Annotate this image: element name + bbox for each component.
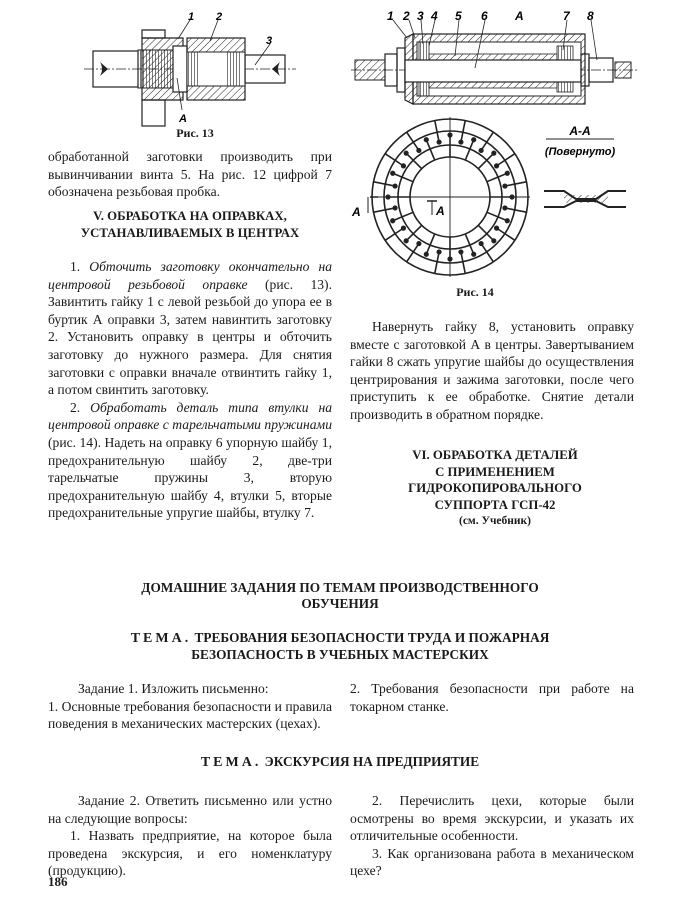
section-vi-line3: ГИДРОКОПИРОВАЛЬНОГО	[380, 480, 610, 497]
task-2-right: 2. Перечислить цехи, которые были осмотр…	[350, 792, 634, 880]
fig14-label-4: 4	[430, 9, 438, 23]
task-2-question-2: 2. Перечислить цехи, которые были осмотр…	[350, 792, 634, 845]
section-v-heading: V. ОБРАБОТКА НА ОПРАВКАХ, УСТАНАВЛИВАЕМЫ…	[48, 208, 332, 241]
figure-13-mandrel-drawing: 1 2 3 A	[80, 8, 300, 128]
figure-14-spring-washer-drawing: A A A-A (Повернуто)	[350, 115, 670, 290]
left-column: обработанной заготовки производить при в…	[48, 148, 332, 201]
figure-14-caption: Рис. 14	[440, 285, 510, 300]
topic-1-heading: ТЕМА. ТРЕБОВАНИЯ БЕЗОПАСНОСТИ ТРУДА И ПО…	[80, 630, 600, 663]
fig14-label-3: 3	[417, 9, 424, 23]
topic-1-title-line2: БЕЗОПАСНОСТЬ В УЧЕБНЫХ МАСТЕРСКИХ	[80, 647, 600, 663]
section-vi-line5: (см. Учебник)	[380, 513, 610, 530]
item-1-text: (рис. 13). Завинтить гайку 1 с левой рез…	[48, 277, 332, 398]
right-column: Навернуть гайку 8, установить оправку вм…	[350, 318, 634, 424]
fig14-cut-label-left: A	[351, 205, 361, 219]
intro-paragraph: обработанной заготовки производить при в…	[48, 148, 332, 201]
item-2-title: Обработать деталь типа втулки на центров…	[48, 400, 332, 433]
fig14-label-1: 1	[387, 9, 394, 23]
item-1-number: 1.	[70, 259, 80, 274]
section-v-heading-line1: V. ОБРАБОТКА НА ОПРАВКАХ,	[48, 208, 332, 225]
topic-2-prefix: ТЕМА.	[201, 755, 262, 770]
page-number: 186	[48, 874, 68, 890]
fig14-cut-label-right: A	[435, 204, 445, 218]
section-v-heading-line2: УСТАНАВЛИВАЕМЫХ В ЦЕНТРАХ	[48, 225, 332, 242]
figure-13-caption: Рис. 13	[150, 126, 240, 141]
item-2-number: 2.	[70, 400, 80, 415]
fig14-label-5: 5	[455, 9, 462, 23]
homework-title-line2: ОБУЧЕНИЯ	[80, 596, 600, 612]
section-note: (Повернуто)	[545, 146, 616, 158]
task-1-question-2: 2. Требования безопасности при работе на…	[350, 680, 634, 715]
task-1-right: 2. Требования безопасности при работе на…	[350, 680, 634, 715]
section-vi-line2: С ПРИМЕНЕНИЕМ	[380, 464, 610, 481]
fig13-label-a: A	[178, 113, 187, 125]
section-vi-line4: СУППОРТА ГСП-42	[380, 497, 610, 514]
topic-1-prefix: ТЕМА.	[131, 631, 192, 646]
section-vi-line1: VI. ОБРАБОТКА ДЕТАЛЕЙ	[380, 447, 610, 464]
fig14-label-2: 2	[402, 9, 410, 23]
right-paragraph: Навернуть гайку 8, установить оправку вм…	[350, 318, 634, 424]
task-1-intro: Задание 1. Изложить письменно:	[48, 680, 332, 698]
homework-title-line1: ДОМАШНИЕ ЗАДАНИЯ ПО ТЕМАМ ПРОИЗВОДСТВЕНН…	[80, 580, 600, 596]
topic-2-heading: ТЕМА. ЭКСКУРСИЯ НА ПРЕДПРИЯТИЕ	[80, 754, 600, 771]
fig14-label-8: 8	[587, 9, 594, 23]
fig14-label-6: 6	[481, 9, 488, 23]
task-2-question-1: 1. Назвать предприятие, на которое была …	[48, 827, 332, 880]
topic-1-title-line1: ТРЕБОВАНИЯ БЕЗОПАСНОСТИ ТРУДА И ПОЖАРНАЯ	[195, 630, 550, 645]
task-1-question-1: 1. Основные требования безопасности и пр…	[48, 698, 332, 733]
section-vi-heading: VI. ОБРАБОТКА ДЕТАЛЕЙ С ПРИМЕНЕНИЕМ ГИДР…	[380, 447, 610, 530]
item-1: 1. Обточить заготовку окончательно на це…	[48, 258, 332, 399]
task-1-left: Задание 1. Изложить письменно: 1. Основн…	[48, 680, 332, 733]
fig14-label-7: 7	[563, 9, 571, 23]
task-2-left: Задание 2. Ответить письменно или устно …	[48, 792, 332, 880]
fig13-label-2: 2	[215, 11, 222, 23]
item-2-text: (рис. 14). Надеть на оправку 6 упорную ш…	[48, 435, 332, 520]
fig13-label-3: 3	[266, 35, 272, 47]
item-2: 2. Обработать деталь типа втулки на цент…	[48, 399, 332, 522]
section-label: A-A	[568, 124, 590, 138]
section-v-body: 1. Обточить заготовку окончательно на це…	[48, 258, 332, 522]
fig13-label-1: 1	[188, 11, 194, 23]
topic-2-title: ЭКСКУРСИЯ НА ПРЕДПРИЯТИЕ	[265, 754, 479, 769]
task-2-intro: Задание 2. Ответить письменно или устно …	[48, 792, 332, 827]
figure-14-assembly-drawing: 1 2 3 4 5 6 A 7 8	[345, 2, 645, 108]
task-2-question-3: 3. Как организована работа в механическо…	[350, 845, 634, 880]
fig14-label-a: A	[514, 9, 524, 23]
homework-title: ДОМАШНИЕ ЗАДАНИЯ ПО ТЕМАМ ПРОИЗВОДСТВЕНН…	[80, 580, 600, 612]
